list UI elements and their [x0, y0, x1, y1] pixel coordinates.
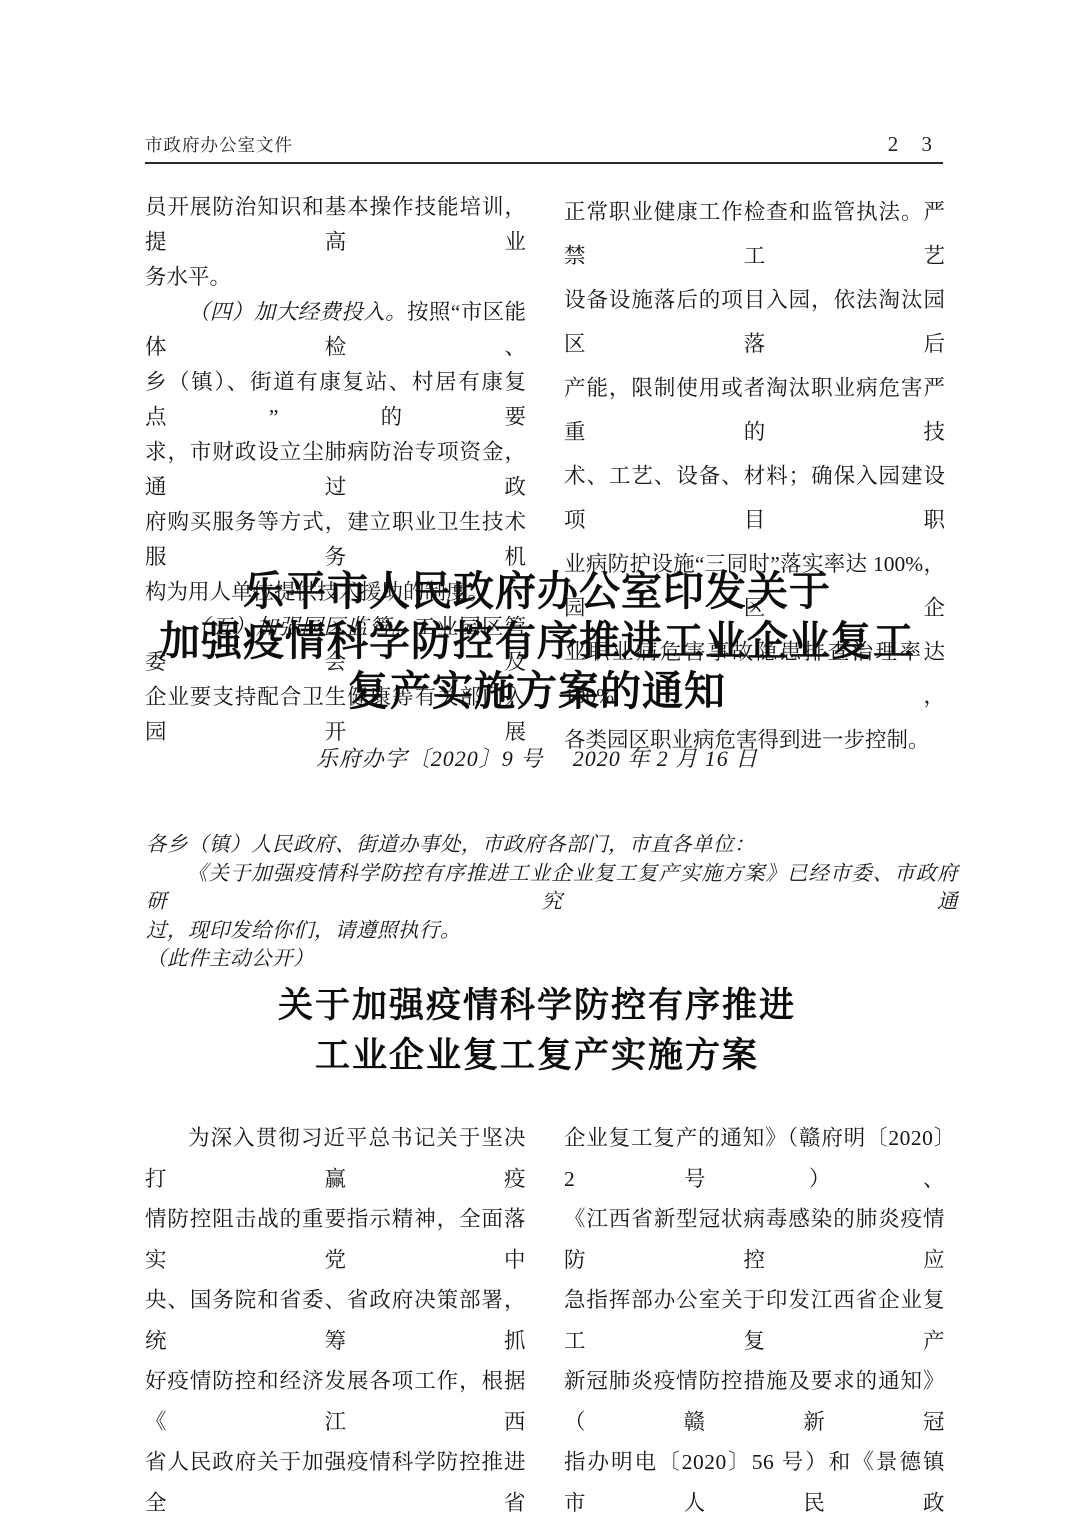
text-line: 各乡（镇）人民政府、街道办事处，市政府各部门，市直各单位：	[146, 831, 958, 860]
header-doc-type-label: 市政府办公室文件	[145, 132, 293, 157]
text-line: 情防控阻击战的重要指示精神，全面落实党中	[145, 1199, 526, 1280]
document-page: 市政府办公室文件 2 3 员开展防治知识和基本操作技能培训，提高业务水平。（四）…	[0, 0, 1074, 1520]
plan-heading: 关于加强疫情科学防控有序推进工业企业复工复产实施方案	[0, 981, 1074, 1081]
document-number-line: 乐府办字〔2020〕9 号 2020 年 2 月 16 日	[0, 742, 1074, 773]
text-line: 央、国务院和省委、省政府决策部署，统筹抓	[145, 1280, 526, 1361]
page-number: 2 3	[888, 132, 943, 157]
text-line: 设备设施落后的项目入园，依法淘汰园区落后	[564, 278, 945, 366]
text-line: 工业企业复工复产实施方案	[0, 1031, 1074, 1081]
text-line: 乐平市人民政府办公室印发关于	[0, 566, 1074, 616]
bottom-two-column-section: 为深入贯彻习近平总书记关于坚决打赢疫情防控阻击战的重要指示精神，全面落实党中央、…	[145, 1118, 945, 1520]
text-line: 省人民政府关于加强疫情科学防控推进全省	[145, 1442, 526, 1520]
notice-title: 乐平市人民政府办公室印发关于加强疫情科学防控有序推进工业企业复工复产实施方案的通…	[0, 566, 1074, 716]
bottom-left-column: 为深入贯彻习近平总书记关于坚决打赢疫情防控阻击战的重要指示精神，全面落实党中央、…	[145, 1118, 526, 1520]
text-line: 《关于加强疫情科学防控有序推进工业企业复工复产实施方案》已经市委、市政府研究通	[146, 860, 958, 917]
text-line: 企业复工复产的通知》（赣府明〔2020〕2 号）、	[564, 1118, 945, 1199]
kaiti-lead-text: （四）加大经费投入。	[188, 300, 407, 324]
text-line: 复产实施方案的通知	[0, 666, 1074, 716]
text-line: 员开展防治知识和基本操作技能培训，提高业	[145, 190, 526, 260]
text-line: 指办明电〔2020〕56 号）和《景德镇市人民政	[564, 1442, 945, 1520]
bottom-right-column: 企业复工复产的通知》（赣府明〔2020〕2 号）、《江西省新型冠状病毒感染的肺炎…	[564, 1118, 945, 1520]
text-line: 为深入贯彻习近平总书记关于坚决打赢疫	[145, 1118, 526, 1199]
forwarding-note: 各乡（镇）人民政府、街道办事处，市政府各部门，市直各单位：《关于加强疫情科学防控…	[146, 831, 958, 974]
page-header: 市政府办公室文件 2 3	[145, 132, 943, 164]
text-line: 加强疫情科学防控有序推进工业企业复工	[0, 616, 1074, 666]
text-line: 务水平。	[145, 260, 526, 295]
text-line: 术、工艺、设备、材料；确保入园建设项目职	[564, 454, 945, 542]
text-line: 府购买服务等方式，建立职业卫生技术服务机	[145, 505, 526, 575]
text-line: 过，现印发给你们，请遵照执行。	[146, 917, 958, 946]
text-line: 关于加强疫情科学防控有序推进	[0, 981, 1074, 1031]
text-line: 乡（镇）、街道有康复站、村居有康复点”的要	[145, 365, 526, 435]
text-line: 正常职业健康工作检查和监管执法。严禁工艺	[564, 190, 945, 278]
text-line: 求，市财政设立尘肺病防治专项资金，通过政	[145, 435, 526, 505]
text-line: 《江西省新型冠状病毒感染的肺炎疫情防控应	[564, 1199, 945, 1280]
text-line: （四）加大经费投入。按照“市区能体检、	[145, 295, 526, 365]
text-line: （此件主动公开）	[146, 945, 958, 974]
text-line: 产能，限制使用或者淘汰职业病危害严重的技	[564, 366, 945, 454]
text-line: 好疫情防控和经济发展各项工作，根据《江西	[145, 1361, 526, 1442]
text-line: 急指挥部办公室关于印发江西省企业复工复产	[564, 1280, 945, 1361]
text-line: 新冠肺炎疫情防控措施及要求的通知》（赣新冠	[564, 1361, 945, 1442]
